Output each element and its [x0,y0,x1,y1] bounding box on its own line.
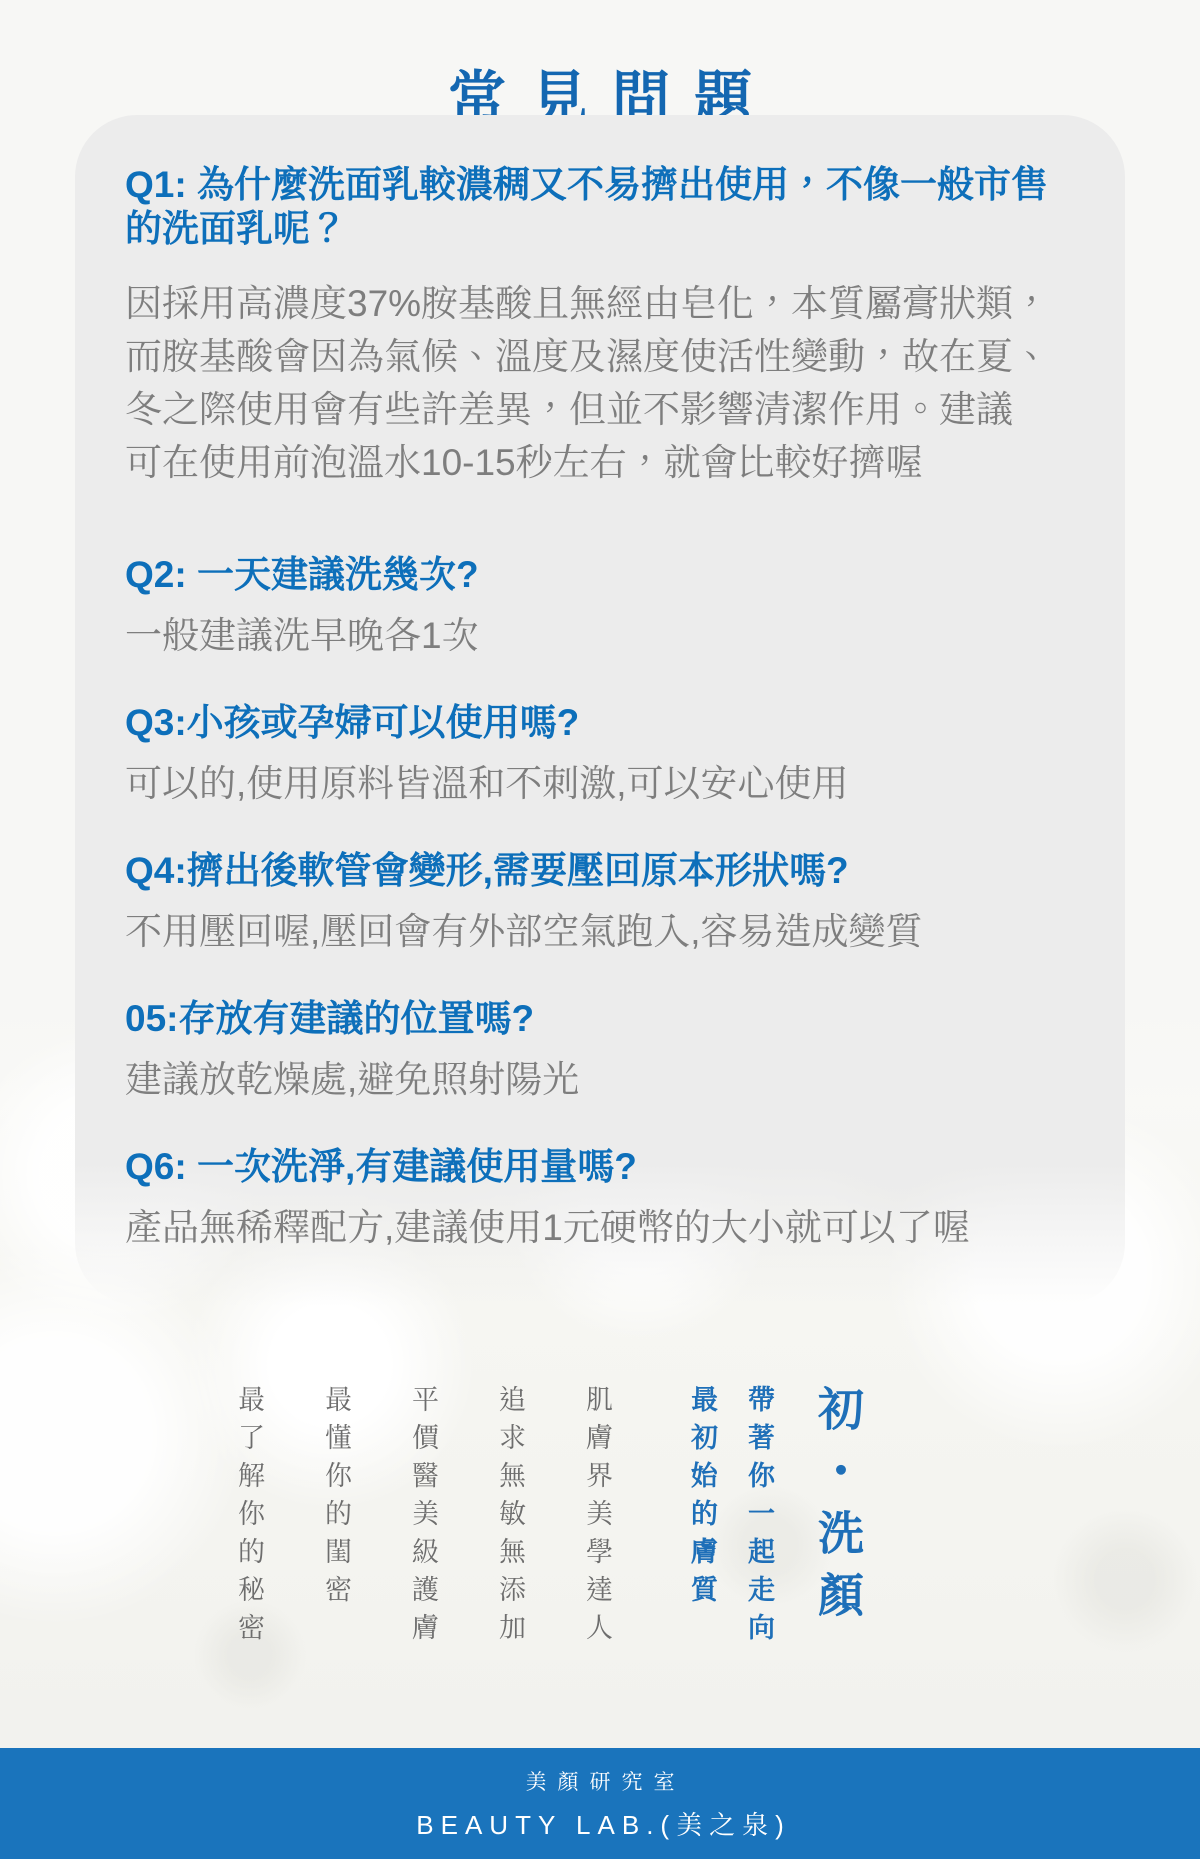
answer-line: 產品無稀釋配方,建議使用1元硬幣的大小就可以了喔 [125,1203,1075,1253]
answer-line: 而胺基酸會因為氣候、溫度及濕度使活性變動，故在夏、 [125,330,1075,383]
faq-question: Q2: 一天建議洗幾次? [125,553,1075,597]
faq-item-q6: Q6: 一次洗淨,有建議使用量嗎? 產品無稀釋配方,建議使用1元硬幣的大小就可以… [125,1145,1075,1253]
faq-item-q5: 05:存放有建議的位置嗎? 建議放乾燥處,避免照射陽光 [125,997,1075,1105]
faq-question: Q3:小孩或孕婦可以使用嗎? [125,701,1075,745]
faq-question: Q1: 為什麼洗面乳較濃稠又不易擠出使用，不像一般市售的洗面乳呢？ [125,163,1075,251]
slogan-subline: 最初始的膚質 [683,1385,722,1613]
slogan-subline: 帶著你一起走向 [740,1385,779,1651]
faq-answer: 可以的,使用原料皆溫和不刺激,可以安心使用 [125,759,1075,809]
faq-question: Q4:擠出後軟管會變形,需要壓回原本形狀嗎? [125,849,1075,893]
vertical-slogan: 初・洗顏 帶著你一起走向 最初始的膚質 肌膚界美學達人 追求無敏無添加 平價醫美… [206,1385,882,1735]
faq-item-q2: Q2: 一天建議洗幾次? 一般建議洗早晚各1次 [125,553,1075,661]
faq-answer: 建議放乾燥處,避免照射陽光 [125,1055,1075,1105]
slogan-tagline: 最了解你的秘密 [230,1385,269,1651]
brand-name-zh: 美顏研究室 [515,1766,686,1796]
faq-item-q3: Q3:小孩或孕婦可以使用嗎? 可以的,使用原料皆溫和不刺激,可以安心使用 [125,701,1075,809]
answer-line: 不用壓回喔,壓回會有外部空氣跑入,容易造成變質 [125,907,1075,957]
faq-answer: 產品無稀釋配方,建議使用1元硬幣的大小就可以了喔 [125,1203,1075,1253]
answer-line: 冬之際使用會有些許差異，但並不影響清潔作用。建議 [125,383,1075,436]
faq-answer: 因採用高濃度37%胺基酸且無經由皂化，本質屬膏狀類， 而胺基酸會因為氣候、溫度及… [125,277,1075,489]
faq-item-q4: Q4:擠出後軟管會變形,需要壓回原本形狀嗎? 不用壓回喔,壓回會有外部空氣跑入,… [125,849,1075,957]
answer-line: 可在使用前泡溫水10-15秒左右，就會比較好擠喔 [125,436,1075,489]
answer-line: 建議放乾燥處,避免照射陽光 [125,1055,1075,1105]
slogan-tagline: 追求無敏無添加 [491,1385,530,1651]
faq-answer: 不用壓回喔,壓回會有外部空氣跑入,容易造成變質 [125,907,1075,957]
footer: 美顏研究室 BEAUTY LAB.(美之泉) [0,1748,1200,1859]
faq-answer: 一般建議洗早晚各1次 [125,611,1075,661]
answer-line: 因採用高濃度37%胺基酸且無經由皂化，本質屬膏狀類， [125,277,1075,330]
slogan-tagline: 平價醫美級護膚 [404,1385,443,1651]
slogan-tagline: 最懂你的閨密 [317,1385,356,1613]
slogan-headline: 初・洗顏 [804,1385,870,1633]
faq-question: Q6: 一次洗淨,有建議使用量嗎? [125,1145,1075,1189]
faq-question: 05:存放有建議的位置嗎? [125,997,1075,1041]
answer-line: 可以的,使用原料皆溫和不刺激,可以安心使用 [125,759,1075,809]
faq-item-q1: Q1: 為什麼洗面乳較濃稠又不易擠出使用，不像一般市售的洗面乳呢？ 因採用高濃度… [125,163,1075,489]
faq-card: Q1: 為什麼洗面乳較濃稠又不易擠出使用，不像一般市售的洗面乳呢？ 因採用高濃度… [75,115,1125,1305]
answer-line: 一般建議洗早晚各1次 [125,611,1075,661]
brand-name-en: BEAUTY LAB.(美之泉) [409,1805,790,1842]
slogan-tagline: 肌膚界美學達人 [578,1385,617,1651]
